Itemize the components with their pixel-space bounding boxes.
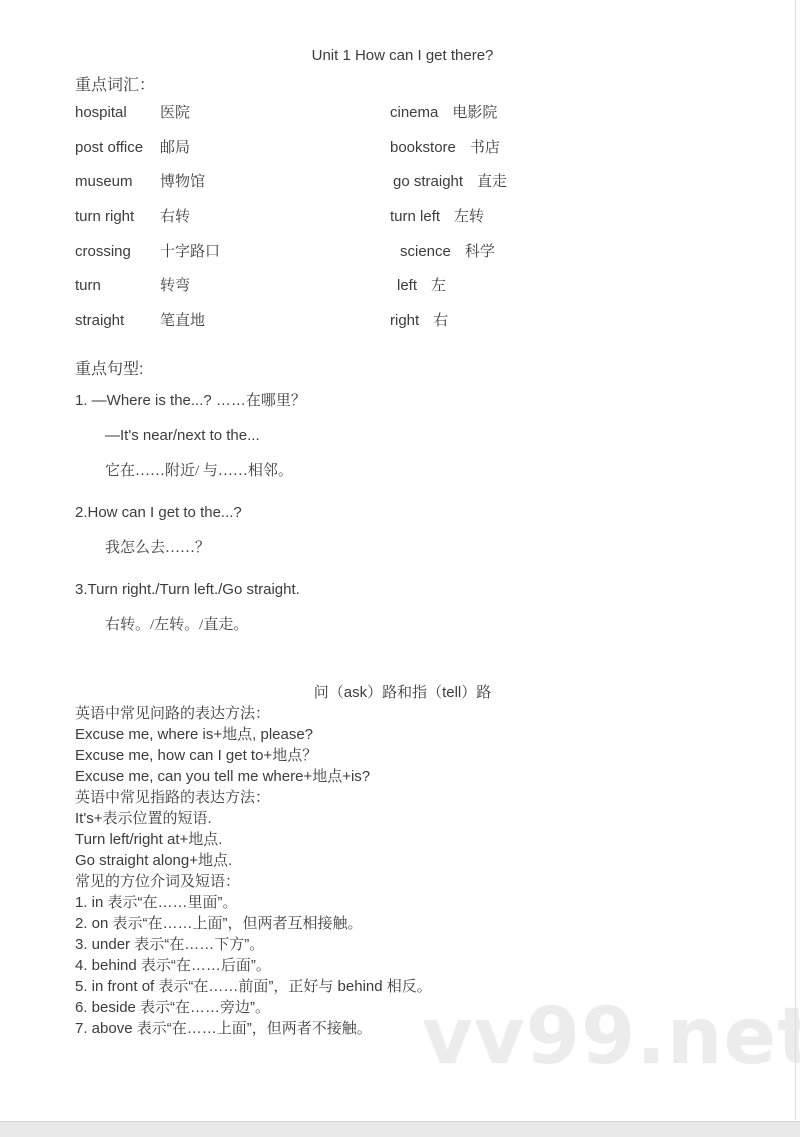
sentence-line: 它在……附近/ 与……相邻。 [75, 463, 730, 479]
vocab-pair: museum 博物馆 [75, 172, 390, 192]
direction-line: 1. in 表示“在……里面”。 [75, 892, 730, 913]
vocab-pair: turn 转弯 [75, 276, 390, 296]
vocab-term-zh: 左 [431, 276, 446, 296]
vocab-term-zh: 右 [433, 311, 448, 331]
directions-heading: 问（ask）路和指（tell）路 [75, 682, 730, 703]
vocab-term-en: straight [75, 311, 160, 331]
vocab-row: turn right 右转 turn left 左转 [75, 200, 730, 235]
vocab-term-zh: 十字路口 [160, 242, 220, 262]
document-page: Unit 1 How can I get there? 重点词汇： hospit… [0, 0, 800, 1137]
vocab-pair: straight 笔直地 [75, 311, 390, 331]
vocab-row: post office 邮局 bookstore 书店 [75, 131, 730, 166]
direction-line: 3. under 表示“在……下方”。 [75, 934, 730, 955]
vocab-row: museum 博物馆 go straight 直走 [75, 165, 730, 200]
vocab-term-en: post office [75, 138, 160, 158]
vocab-term-en: cinema [390, 103, 438, 123]
vocab-pair: go straight 直走 [390, 172, 507, 192]
vocab-row: turn 转弯 left 左 [75, 269, 730, 304]
sentence-line: 我怎么去……？ [75, 540, 730, 556]
vocab-term-en: museum [75, 172, 160, 192]
vocab-term-en: bookstore [390, 138, 456, 158]
direction-line: 常见的方位介词及短语： [75, 871, 730, 892]
sentence-list: 1. —Where is the...? ……在哪里？ —It's near/n… [75, 393, 730, 633]
vocab-pair: right 右 [390, 311, 448, 331]
direction-line: Turn left/right at+地点. [75, 829, 730, 850]
vocab-row: hospital 医院 cinema 电影院 [75, 96, 730, 131]
vocab-term-zh: 电影院 [452, 103, 497, 123]
vocab-row: crossing 十字路口 science 科学 [75, 234, 730, 269]
vocab-term-zh: 科学 [465, 242, 495, 262]
vocab-pair: crossing 十字路口 [75, 242, 390, 262]
vocab-term-en: turn left [390, 207, 440, 227]
vocab-term-en: crossing [75, 242, 160, 262]
page-right-edge [795, 0, 796, 1120]
direction-line: It's+表示位置的短语. [75, 808, 730, 829]
vocab-term-zh: 笔直地 [160, 311, 205, 331]
vocab-term-en: turn [75, 276, 160, 296]
direction-line: Go straight along+地点. [75, 850, 730, 871]
document-content: Unit 1 How can I get there? 重点词汇： hospit… [75, 46, 730, 1039]
vocab-term-zh: 直走 [477, 172, 507, 192]
direction-line: Excuse me, can you tell me where+地点+is? [75, 766, 730, 787]
vocab-term-zh: 医院 [160, 103, 190, 123]
page-footer-strip [0, 1121, 800, 1137]
sentence-line: —It's near/next to the... [75, 428, 730, 444]
vocab-term-zh: 转弯 [160, 276, 190, 296]
page-title: Unit 1 How can I get there? [75, 46, 730, 66]
sentence-line: 3.Turn right./Turn left./Go straight. [75, 582, 730, 598]
vocab-term-en: science [400, 242, 451, 262]
direction-line: 2. on 表示“在……上面”，但两者互相接触。 [75, 913, 730, 934]
vocab-pair: science 科学 [390, 242, 495, 262]
vocab-term-zh: 左转 [454, 207, 484, 227]
vocab-pair: turn right 右转 [75, 207, 390, 227]
vocab-term-en: left [397, 276, 417, 296]
directions-section: 问（ask）路和指（tell）路 英语中常见问路的表达方法： Excuse me… [75, 682, 730, 1039]
direction-line: Excuse me, where is+地点, please? [75, 724, 730, 745]
sentence-line: 右转。/左转。/直走。 [75, 617, 730, 633]
vocab-term-en: turn right [75, 207, 160, 227]
vocab-term-zh: 书店 [470, 138, 500, 158]
direction-line: 英语中常见指路的表达方法： [75, 787, 730, 808]
vocab-list: hospital 医院 cinema 电影院 post office 邮局 bo… [75, 96, 730, 338]
vocab-pair: bookstore 书店 [390, 138, 500, 158]
vocab-row: straight 笔直地 right 右 [75, 304, 730, 339]
site-watermark: vv99.net [422, 998, 800, 1076]
vocab-term-zh: 邮局 [160, 138, 190, 158]
vocab-term-en: go straight [393, 172, 463, 192]
direction-line: 英语中常见问路的表达方法： [75, 703, 730, 724]
vocab-term-zh: 博物馆 [160, 172, 205, 192]
vocab-pair: hospital 医院 [75, 103, 390, 123]
vocab-term-en: right [390, 311, 419, 331]
vocab-term-en: hospital [75, 103, 160, 123]
vocab-term-zh: 右转 [160, 207, 190, 227]
sentence-line: 1. —Where is the...? ……在哪里？ [75, 393, 730, 409]
sentence-line: 2.How can I get to the...? [75, 505, 730, 521]
vocab-pair: cinema 电影院 [390, 103, 497, 123]
vocab-pair: left 左 [390, 276, 446, 296]
direction-line: Excuse me, how can I get to+地点？ [75, 745, 730, 766]
vocab-pair: turn left 左转 [390, 207, 484, 227]
direction-line: 4. behind 表示“在……后面”。 [75, 955, 730, 976]
sentence-section-heading: 重点句型: [75, 360, 730, 380]
vocab-section-heading: 重点词汇： [75, 76, 730, 96]
vocab-pair: post office 邮局 [75, 138, 390, 158]
